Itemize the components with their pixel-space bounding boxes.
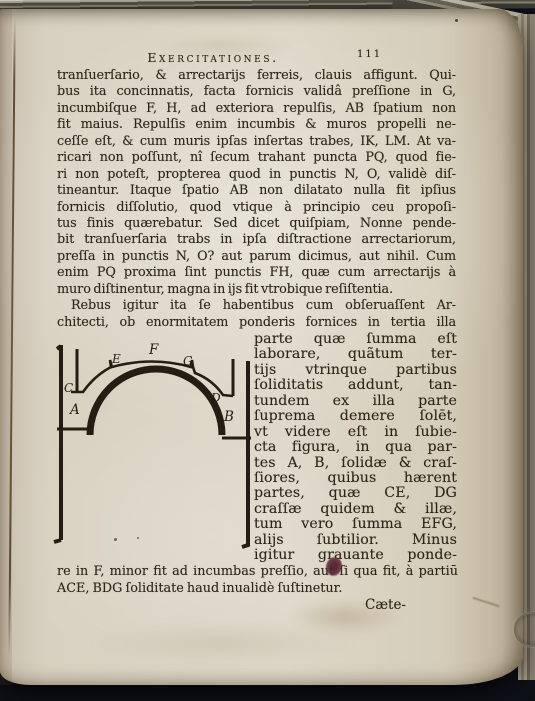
text-line: fit maius. Repulſis enim incumbis & muro… (57, 117, 456, 133)
text-line: tes A, B, ſolidæ & craſ- (254, 456, 457, 471)
text-line: tranſuerſario, & arrectarijs ferreis, cl… (57, 68, 456, 84)
text-line: incumbiſque F, H, ad exteriora repulſis,… (57, 101, 456, 117)
text-line: craſſæ quidem & illæ, (254, 502, 457, 517)
text-line: muro diſtinentur, magna in ijs fit vtrob… (57, 282, 456, 298)
right-text-column: parte quæ ſumma eſtlaborare, quãtum ter-… (254, 332, 457, 564)
text-line: ſoliditatis addunt, tan- (254, 378, 457, 393)
text-line: re in F, minor fit ad incumbas preſſio, … (57, 563, 458, 580)
page-number: 111 (357, 49, 382, 60)
text-line: tus finis quærebatur. Sed dicet quiſpiam… (57, 216, 456, 232)
scratch-mark (472, 597, 499, 608)
faint-stain (88, 621, 358, 665)
text-line: fornicis diſſolutio, quod vtique à princ… (57, 200, 456, 216)
figure-label-c: C (64, 381, 73, 395)
paper-speck (114, 538, 117, 541)
text-line: partes, quæ CE, DG (254, 486, 457, 501)
arch-ring (90, 369, 222, 435)
text-line: laborare, quãtum ter- (254, 347, 457, 362)
book-page: Exercitationes. 111 tranſuerſario, & arr… (0, 9, 523, 685)
main-paragraph: tranſuerſario, & arrectarijs ferreis, cl… (57, 68, 456, 331)
arch-woodcut-figure: C A E F G D B (40, 339, 260, 559)
figure-label-f: F (148, 342, 159, 358)
text-line: chitecti, ob enormitatem ponderis fornic… (57, 315, 456, 331)
text-line: preſſa in punctis N, O? aut parum dicimu… (57, 249, 456, 265)
text-line: tijs vtrinque partibus (254, 363, 457, 378)
figure-label-a: A (68, 402, 80, 418)
text-line: bus ita concinnatis, facta fornicis vali… (57, 84, 456, 100)
text-line: ri non poteſt, propterea quod in punctis… (57, 167, 456, 183)
text-line: tundem ex illa parte (254, 394, 457, 409)
text-line: ſuprema demere ſolēt, (254, 409, 457, 424)
text-line: Rebus igitur ita ſe habentibus cum obſer… (57, 298, 456, 314)
text-line: vt videre eſt in ſubie- (254, 425, 457, 440)
text-line: ricari non poſſunt, nî ſecum trahant pun… (57, 150, 456, 166)
text-line: tineantur. Itaque ſpatio AB non dilatato… (57, 183, 456, 199)
figure-label-g: G (183, 354, 193, 368)
text-line: alijs ſubtilior. Minus (254, 533, 457, 548)
text-line: igitur grauante ponde- (254, 548, 457, 563)
figure-label-d: D (210, 391, 221, 405)
text-line: tum vero ſumma EFG, (254, 517, 457, 532)
text-line: ſiores, quibus hærent (254, 471, 457, 486)
photo-background: Exercitationes. 111 tranſuerſario, & arr… (0, 0, 535, 701)
right-pier-line (242, 361, 248, 547)
text-line: enim PQ proxima ſint punctis FH, quæ cum… (57, 265, 456, 281)
text-line: cta figura, in qua par- (254, 440, 457, 455)
paper-speck (455, 19, 458, 22)
figure-label-b: B (223, 409, 234, 425)
figure-label-e: E (111, 352, 121, 366)
text-line: bit tranſuerſaria trabs in ipſa diſtract… (57, 232, 456, 248)
bottom-paragraph: re in F, minor fit ad incumbas preſſio, … (57, 563, 458, 597)
left-pier-line (54, 345, 61, 542)
text-line: ACE, BDG ſoliditate haud inualidè ſuſtin… (57, 580, 458, 597)
running-title: Exercitationes. (57, 50, 369, 65)
paper-speck (137, 537, 139, 539)
text-line: ceſſe eſt, & cum muris ipſas inſertas tr… (57, 134, 456, 150)
